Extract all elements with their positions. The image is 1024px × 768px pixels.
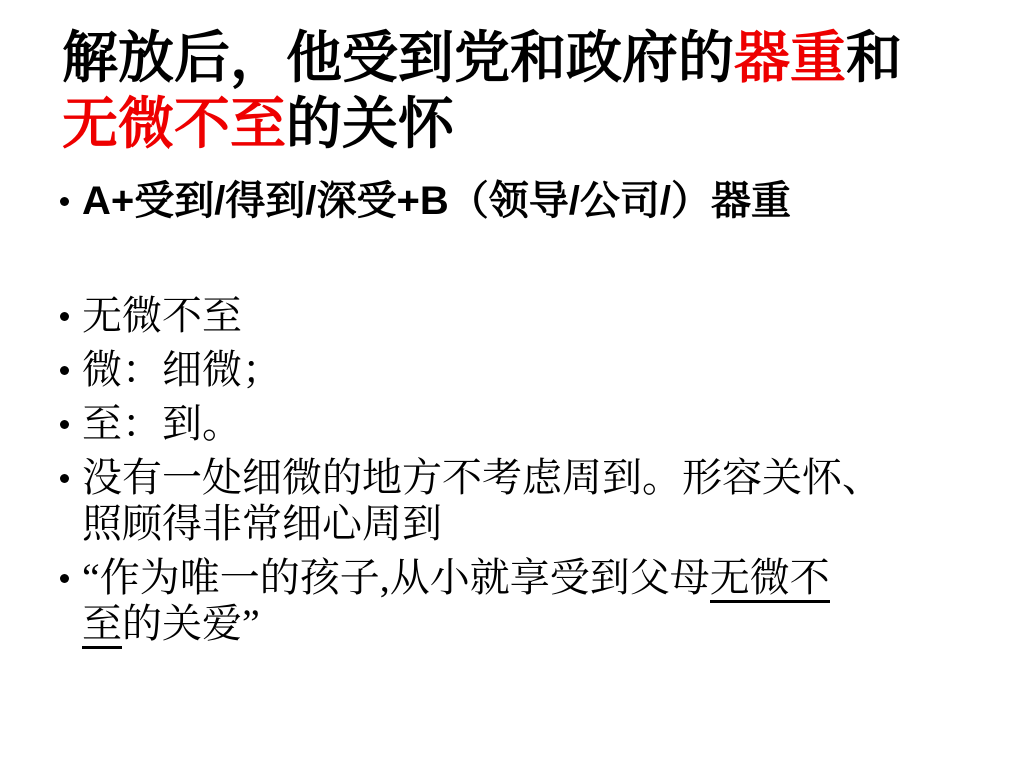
slide-title: 解放后，他受到党和政府的器重和无微不至的关怀 xyxy=(62,26,972,158)
presentation-slide: 解放后，他受到党和政府的器重和无微不至的关怀 A+受到/得到/深受+B（领导/公… xyxy=(0,0,1024,768)
underlined-term: 至 xyxy=(82,601,122,649)
bullet-text: 至：到。 xyxy=(82,401,242,447)
text-run: “作为唯一的孩子,从小就享受到父母 xyxy=(82,555,710,600)
title-segment: 和 xyxy=(846,28,902,90)
text-run: 无微不至 xyxy=(82,293,242,338)
bullet-list: A+受到/得到/深受+B（领导/公司/）器重无微不至微：细微；至：到。没有一处细… xyxy=(58,178,958,655)
title-highlight-segment: 器重 xyxy=(734,28,846,90)
bullet-text: 微：细微； xyxy=(82,347,282,393)
bullet-text: “作为唯一的孩子,从小就享受到父母无微不至的关爱” xyxy=(82,555,830,647)
bullet-text: 没有一处细微的地方不考虑周到。形容关怀、照顾得非常细心周到 xyxy=(82,455,882,547)
bullet-marker-icon xyxy=(60,366,69,375)
bullet-item: A+受到/得到/深受+B（领导/公司/）器重 xyxy=(58,178,958,224)
bullet-marker-icon xyxy=(60,197,69,206)
text-run: 至：到。 xyxy=(82,401,242,446)
text-run: 的关爱” xyxy=(122,601,260,646)
bullet-marker-icon xyxy=(60,474,69,483)
bullet-text: A+受到/得到/深受+B（领导/公司/）器重 xyxy=(82,178,791,224)
bullet-item: 微：细微； xyxy=(58,347,958,393)
underlined-term: 无微不 xyxy=(710,555,830,603)
text-run: 没有一处细微的地方不考虑周到。形容关怀、 xyxy=(82,455,882,500)
bullet-item: 无微不至 xyxy=(58,293,958,339)
title-segment: 的关怀 xyxy=(286,94,454,156)
bullet-marker-icon xyxy=(60,420,69,429)
title-segment: 解放后，他受到党和政府的 xyxy=(62,28,734,90)
bullet-item: “作为唯一的孩子,从小就享受到父母无微不至的关爱” xyxy=(58,555,958,647)
text-run: 微：细微； xyxy=(82,347,282,392)
text-run: A+受到/得到/深受+B（领导/公司/）器重 xyxy=(82,179,791,223)
bullet-marker-icon xyxy=(60,574,69,583)
bullet-marker-icon xyxy=(60,312,69,321)
text-run: 照顾得非常细心周到 xyxy=(82,501,442,546)
bullet-item: 没有一处细微的地方不考虑周到。形容关怀、照顾得非常细心周到 xyxy=(58,455,958,547)
bullet-text: 无微不至 xyxy=(82,293,242,339)
title-highlight-segment: 无微不至 xyxy=(62,94,286,156)
bullet-item: 至：到。 xyxy=(58,401,958,447)
